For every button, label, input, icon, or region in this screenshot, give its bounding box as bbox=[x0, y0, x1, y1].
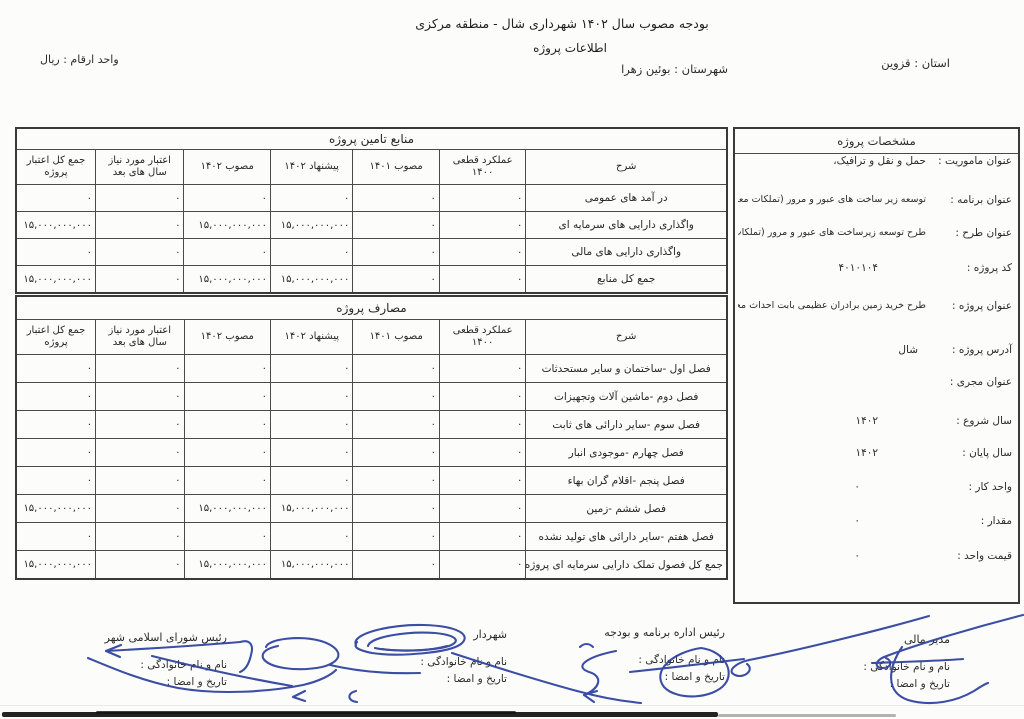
value-cell: ۰ bbox=[16, 355, 96, 383]
table-row: واگذاری دارایی های سرمایه ای ۰ ۰ ۱۵,۰۰۰,… bbox=[16, 212, 727, 239]
signature-ink bbox=[732, 660, 750, 676]
column-header: پیشنهاد ۱۴۰۲ bbox=[271, 320, 353, 355]
value-cell: ۰ bbox=[353, 355, 439, 383]
value-cell: ۰ bbox=[271, 523, 353, 551]
value-cell: ۱۵,۰۰۰,۰۰۰,۰۰۰ bbox=[184, 551, 270, 580]
value-cell: ۰ bbox=[95, 212, 183, 239]
value-cell: ۱۵,۰۰۰,۰۰۰,۰۰۰ bbox=[184, 212, 270, 239]
value-cell: ۰ bbox=[271, 411, 353, 439]
value-cell: ۰ bbox=[16, 411, 96, 439]
spec-label: کد پروژه : bbox=[967, 262, 1012, 274]
date-label: تاریخ و امضا : bbox=[420, 672, 507, 686]
column-header: مصوب ۱۴۰۱ bbox=[353, 150, 439, 185]
value-cell: ۰ bbox=[96, 355, 184, 383]
value-cell: ۰ bbox=[271, 355, 353, 383]
row-label-cell: در آمد های عمومی bbox=[526, 185, 727, 212]
spec-label: قیمت واحد : bbox=[957, 550, 1012, 562]
value-cell: ۰ bbox=[96, 383, 184, 411]
value-cell: ۰ bbox=[96, 467, 184, 495]
table-row: فصل دوم -ماشین آلات وتجهیزات ۰ ۰ ۰ ۰ ۰ ۰ bbox=[16, 383, 727, 411]
value-cell: ۰ bbox=[439, 212, 525, 239]
value-cell: ۰ bbox=[439, 239, 525, 266]
signature-role: شهردار bbox=[420, 628, 507, 642]
spec-value: طرح خرید زمین برادران عظیمی بابت احداث م… bbox=[738, 300, 926, 311]
column-header: شرح bbox=[526, 150, 727, 185]
row-label-cell: جمع کل فصول تملک دارایی سرمایه ای پروژه bbox=[526, 551, 727, 580]
value-cell: ۰ bbox=[271, 439, 353, 467]
spec-label: عنوان پروژه : bbox=[952, 300, 1012, 312]
spec-label: عنوان ماموریت : bbox=[938, 155, 1012, 167]
scan-artifact-faint-line bbox=[0, 705, 1024, 706]
value-cell: ۰ bbox=[439, 523, 525, 551]
value-cell: ۰ bbox=[184, 355, 270, 383]
value-cell: ۰ bbox=[96, 439, 184, 467]
value-cell: ۰ bbox=[271, 383, 353, 411]
table-row: جمع کل منابع ۰ ۰ ۱۵,۰۰۰,۰۰۰,۰۰۰ ۱۵,۰۰۰,۰… bbox=[16, 266, 727, 294]
spec-value: توسعه زیر ساخت های عبور و مرور (تملکات م… bbox=[738, 194, 926, 205]
spec-value: طرح توسعه زیرساخت های عبور و مرور (تملکا… bbox=[738, 227, 926, 238]
spec-value: ۴۰۱۰۱۰۴ bbox=[738, 262, 878, 274]
row-label-cell: واگذاری دارایی های سرمایه ای bbox=[526, 212, 727, 239]
value-cell: ۰ bbox=[16, 239, 95, 266]
value-cell: ۱۵,۰۰۰,۰۰۰,۰۰۰ bbox=[271, 551, 353, 580]
signature-block-council-head: رئیس شورای اسلامی شهر نام و نام خانوادگی… bbox=[105, 631, 227, 692]
scan-artifact-dark-strip2 bbox=[96, 711, 516, 714]
value-cell: ۰ bbox=[184, 185, 270, 212]
value-cell: ۰ bbox=[439, 383, 525, 411]
value-cell: ۰ bbox=[353, 383, 439, 411]
unit-of-figures-label: واحد ارقام : ریال bbox=[40, 53, 119, 66]
spec-label: مقدار : bbox=[981, 515, 1012, 527]
column-header: مصوب ۱۴۰۲ bbox=[184, 150, 270, 185]
spec-label: عنوان مجری : bbox=[950, 376, 1012, 388]
row-label-cell: واگذاری دارایی های مالی bbox=[526, 239, 727, 266]
row-label-cell: فصل پنجم -اقلام گران بهاء bbox=[526, 467, 727, 495]
value-cell: ۰ bbox=[184, 411, 270, 439]
column-header: اعتبار مورد نیاز سال های بعد bbox=[95, 150, 183, 185]
signature-block-finance-manager: مدیر مالی نام و نام خانوادگی : تاریخ و ا… bbox=[863, 633, 950, 694]
row-label-cell: فصل اول -ساختمان و سایر مستحدثات bbox=[526, 355, 727, 383]
column-header: عملکرد قطعی ۱۴۰۰ bbox=[439, 320, 525, 355]
signature-role: رئیس اداره برنامه و بودجه bbox=[604, 626, 725, 640]
value-cell: ۰ bbox=[439, 495, 525, 523]
value-cell: ۰ bbox=[16, 439, 96, 467]
spec-label: عنوان برنامه : bbox=[950, 194, 1012, 206]
column-header: پیشنهاد ۱۴۰۲ bbox=[270, 150, 352, 185]
sources-table-title: منابع تامین پروژه bbox=[16, 128, 727, 150]
row-label-cell: فصل چهارم -موجودی انبار bbox=[526, 439, 727, 467]
value-cell: ۰ bbox=[439, 411, 525, 439]
spec-label: واحد کار : bbox=[969, 481, 1012, 493]
value-cell: ۰ bbox=[353, 266, 439, 294]
signature-role: مدیر مالی bbox=[863, 633, 950, 647]
spec-label: سال پایان : bbox=[962, 447, 1012, 459]
value-cell: ۰ bbox=[353, 439, 439, 467]
column-header: شرح bbox=[526, 320, 727, 355]
value-cell: ۱۵,۰۰۰,۰۰۰,۰۰۰ bbox=[270, 266, 352, 294]
value-cell: ۰ bbox=[439, 439, 525, 467]
value-cell: ۰ bbox=[439, 185, 525, 212]
column-header: مصوب ۱۴۰۲ bbox=[184, 320, 270, 355]
spec-label: سال شروع : bbox=[956, 415, 1012, 427]
name-label: نام و نام خانوادگی : bbox=[863, 660, 950, 674]
name-label: نام و نام خانوادگی : bbox=[604, 653, 725, 667]
county-label: شهرستان : بوئین زهرا bbox=[621, 62, 728, 76]
spec-label: آدرس پروژه : bbox=[952, 344, 1012, 356]
name-label: نام و نام خانوادگی : bbox=[420, 655, 507, 669]
value-cell: ۰ bbox=[439, 266, 525, 294]
value-cell: ۰ bbox=[184, 523, 270, 551]
signature-ink bbox=[293, 691, 305, 701]
value-cell: ۰ bbox=[353, 212, 439, 239]
signature-block-mayor: شهردار نام و نام خانوادگی : تاریخ و امضا… bbox=[420, 628, 507, 689]
column-header: جمع کل اعتبار پروژه bbox=[16, 150, 95, 185]
value-cell: ۰ bbox=[16, 383, 96, 411]
spec-value: ۰ bbox=[738, 550, 860, 562]
column-header: جمع کل اعتبار پروژه bbox=[16, 320, 96, 355]
table-row: در آمد های عمومی ۰ ۰ ۰ ۰ ۰ ۰ bbox=[16, 185, 727, 212]
column-header: مصوب ۱۴۰۱ bbox=[353, 320, 439, 355]
table-row: فصل هفتم -سایر دارائی های تولید نشده ۰ ۰… bbox=[16, 523, 727, 551]
value-cell: ۰ bbox=[439, 551, 525, 580]
signature-ink bbox=[330, 665, 420, 673]
row-label-cell: فصل دوم -ماشین آلات وتجهیزات bbox=[526, 383, 727, 411]
value-cell: ۰ bbox=[96, 551, 184, 580]
date-label: تاریخ و امضا : bbox=[604, 670, 725, 684]
signature-role: رئیس شورای اسلامی شهر bbox=[105, 631, 227, 645]
spec-value: ۰ bbox=[738, 515, 860, 527]
value-cell: ۱۵,۰۰۰,۰۰۰,۰۰۰ bbox=[16, 212, 95, 239]
doc-subtitle: اطلاعات پروژه bbox=[116, 41, 1024, 55]
value-cell: ۰ bbox=[184, 439, 270, 467]
value-cell: ۰ bbox=[184, 383, 270, 411]
value-cell: ۰ bbox=[184, 239, 270, 266]
panel-title: مشخصات پروژه bbox=[735, 129, 1018, 154]
value-cell: ۰ bbox=[184, 467, 270, 495]
page-title: بودجه مصوب سال ۱۴۰۲ شهرداری شال - منطقه … bbox=[100, 16, 1024, 31]
signature-ink bbox=[584, 691, 597, 702]
value-cell: ۰ bbox=[271, 467, 353, 495]
signature-ink bbox=[580, 644, 593, 647]
table-row: فصل سوم -سایر دارائی های ثابت ۰ ۰ ۰ ۰ ۰ … bbox=[16, 411, 727, 439]
signature-block-budget-office-head: رئیس اداره برنامه و بودجه نام و نام خانو… bbox=[604, 626, 725, 687]
value-cell: ۱۵,۰۰۰,۰۰۰,۰۰۰ bbox=[270, 212, 352, 239]
spec-value: شال bbox=[738, 344, 918, 356]
value-cell: ۰ bbox=[439, 355, 525, 383]
spec-value: ۱۴۰۲ bbox=[738, 415, 878, 427]
row-label-cell: فصل هفتم -سایر دارائی های تولید نشده bbox=[526, 523, 727, 551]
sources-header-row: شرح عملکرد قطعی ۱۴۰۰ مصوب ۱۴۰۱ پیشنهاد ۱… bbox=[16, 150, 727, 185]
value-cell: ۰ bbox=[439, 467, 525, 495]
expenses-table-title: مصارف پروژه bbox=[16, 296, 727, 320]
value-cell: ۱۵,۰۰۰,۰۰۰,۰۰۰ bbox=[16, 551, 96, 580]
value-cell: ۱۵,۰۰۰,۰۰۰,۰۰۰ bbox=[184, 495, 270, 523]
row-label-cell: فصل سوم -سایر دارائی های ثابت bbox=[526, 411, 727, 439]
column-header: اعتبار مورد نیاز سال های بعد bbox=[96, 320, 184, 355]
value-cell: ۱۵,۰۰۰,۰۰۰,۰۰۰ bbox=[16, 266, 95, 294]
value-cell: ۰ bbox=[353, 523, 439, 551]
name-label: نام و نام خانوادگی : bbox=[105, 658, 227, 672]
sources-table: منابع تامین پروژه شرح عملکرد قطعی ۱۴۰۰ م… bbox=[15, 127, 728, 294]
row-label-cell: جمع کل منابع bbox=[526, 266, 727, 294]
value-cell: ۱۵,۰۰۰,۰۰۰,۰۰۰ bbox=[271, 495, 353, 523]
value-cell: ۰ bbox=[270, 239, 352, 266]
date-label: تاریخ و امضا : bbox=[105, 675, 227, 689]
spec-value: حمل و نقل و ترافیک، bbox=[738, 155, 926, 167]
value-cell: ۰ bbox=[353, 551, 439, 580]
value-cell: ۰ bbox=[96, 523, 184, 551]
value-cell: ۱۵,۰۰۰,۰۰۰,۰۰۰ bbox=[184, 266, 270, 294]
signature-ink bbox=[349, 691, 357, 702]
value-cell: ۰ bbox=[95, 266, 183, 294]
table-row: فصل اول -ساختمان و سایر مستحدثات ۰ ۰ ۰ ۰… bbox=[16, 355, 727, 383]
spec-value: ۱۴۰۲ bbox=[738, 447, 878, 459]
scanned-budget-document: { "header": { "title": "بودجه مصوب سال ۱… bbox=[0, 0, 1024, 719]
table-row: واگذاری دارایی های مالی ۰ ۰ ۰ ۰ ۰ ۰ bbox=[16, 239, 727, 266]
value-cell: ۰ bbox=[270, 185, 352, 212]
signature-ink bbox=[263, 638, 339, 669]
expenses-header-row: شرح عملکرد قطعی ۱۴۰۰ مصوب ۱۴۰۱ پیشنهاد ۱… bbox=[16, 320, 727, 355]
expenses-table: مصارف پروژه شرح عملکرد قطعی ۱۴۰۰ مصوب ۱۴… bbox=[15, 295, 728, 580]
value-cell: ۰ bbox=[95, 185, 183, 212]
value-cell: ۰ bbox=[16, 523, 96, 551]
table-row: فصل چهارم -موجودی انبار ۰ ۰ ۰ ۰ ۰ ۰ bbox=[16, 439, 727, 467]
value-cell: ۰ bbox=[353, 239, 439, 266]
value-cell: ۰ bbox=[96, 495, 184, 523]
row-label-cell: فصل ششم -زمین bbox=[526, 495, 727, 523]
province-label: استان : قزوین bbox=[881, 56, 950, 70]
spec-value: ۰ bbox=[738, 481, 860, 493]
value-cell: ۰ bbox=[95, 239, 183, 266]
scan-artifact-gray-strip bbox=[718, 714, 896, 717]
table-row: جمع کل فصول تملک دارایی سرمایه ای پروژه … bbox=[16, 551, 727, 580]
column-header: عملکرد قطعی ۱۴۰۰ bbox=[439, 150, 525, 185]
value-cell: ۰ bbox=[16, 467, 96, 495]
value-cell: ۱۵,۰۰۰,۰۰۰,۰۰۰ bbox=[16, 495, 96, 523]
value-cell: ۰ bbox=[353, 467, 439, 495]
value-cell: ۰ bbox=[96, 411, 184, 439]
date-label: تاریخ و امضا : bbox=[863, 677, 950, 691]
value-cell: ۰ bbox=[353, 411, 439, 439]
spec-label: عنوان طرح : bbox=[955, 227, 1012, 239]
table-row: فصل ششم -زمین ۰ ۰ ۱۵,۰۰۰,۰۰۰,۰۰۰ ۱۵,۰۰۰,… bbox=[16, 495, 727, 523]
value-cell: ۰ bbox=[16, 185, 95, 212]
value-cell: ۰ bbox=[353, 495, 439, 523]
table-row: فصل پنجم -اقلام گران بهاء ۰ ۰ ۰ ۰ ۰ ۰ bbox=[16, 467, 727, 495]
value-cell: ۰ bbox=[353, 185, 439, 212]
project-specs-panel: مشخصات پروژه عنوان ماموریت : حمل و نقل و… bbox=[733, 127, 1020, 604]
